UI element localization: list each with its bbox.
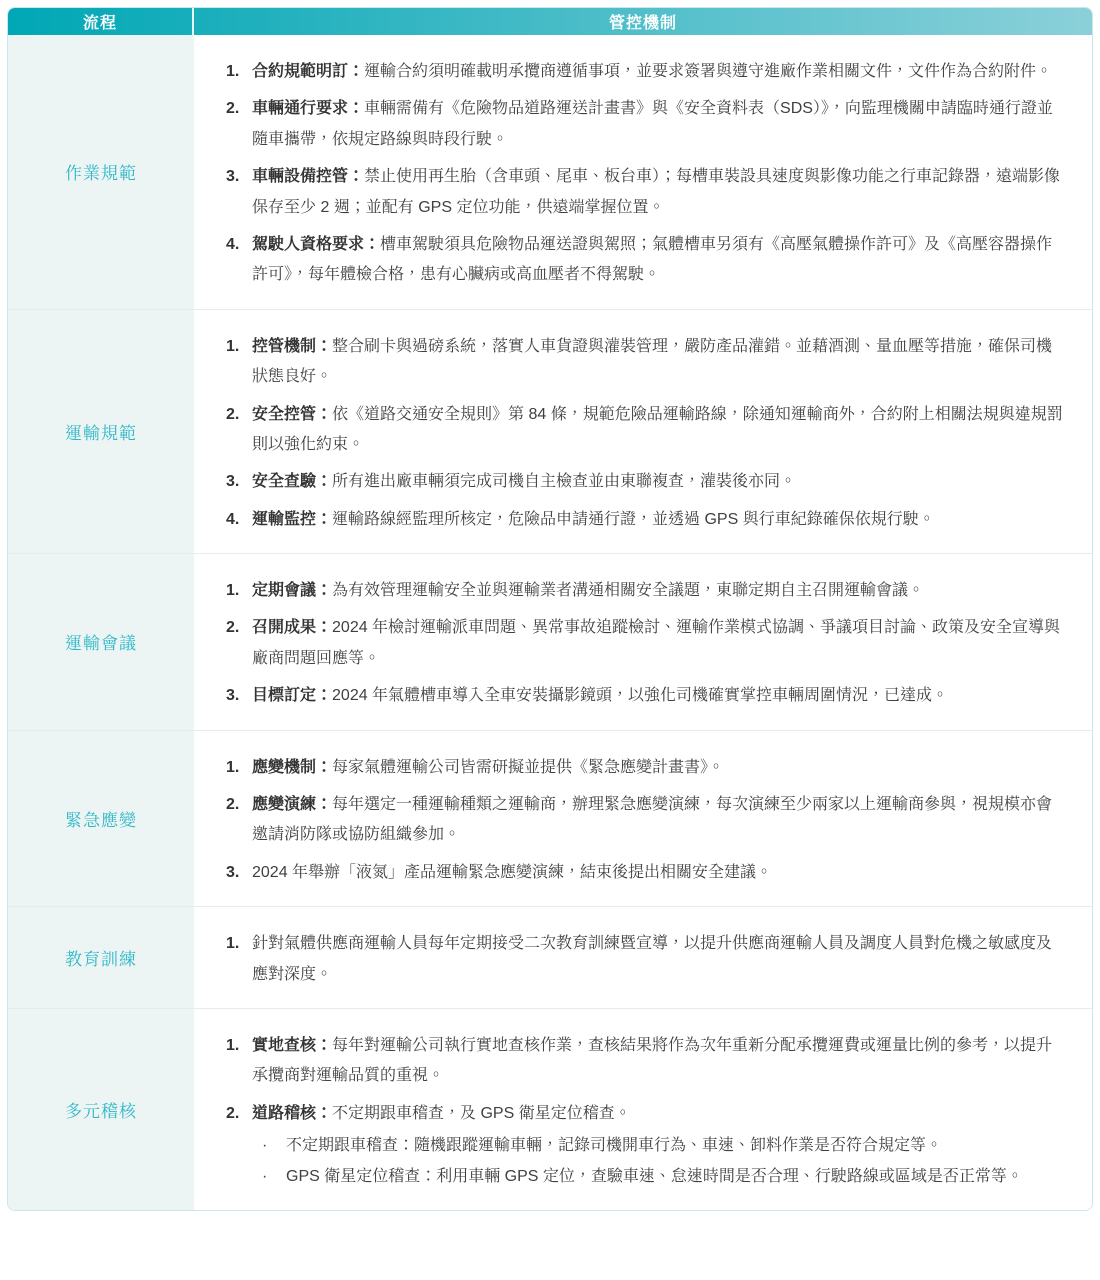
process-label: 運輸規範 bbox=[65, 419, 137, 444]
sub-item-text: 不定期跟車稽查：隨機跟蹤運輸車輛，記錄司機開車行為、車速、卸料作業是否符合規定等… bbox=[286, 1131, 1064, 1161]
item-content: 針對氣體供應商運輸人員每年定期接受二次教育訓練暨宣導，以提升供應商運輸人員及調度… bbox=[252, 929, 1064, 990]
process-cell: 多元稽核 bbox=[8, 1009, 194, 1210]
process-label: 運輸會議 bbox=[65, 629, 137, 654]
item-content: 目標訂定：2024 年氣體槽車導入全車安裝攝影鏡頭，以強化司機確實掌控車輛周圍情… bbox=[252, 681, 1064, 711]
sub-item: ·GPS 衛星定位稽查：利用車輛 GPS 定位，查驗車速、怠速時間是否合理、行駛… bbox=[262, 1162, 1064, 1192]
item-number: 1. bbox=[226, 753, 252, 783]
process-label: 緊急應變 bbox=[65, 806, 137, 831]
header-cell-process: 流程 bbox=[8, 8, 194, 35]
item-title: 安全控管： bbox=[252, 406, 332, 423]
item-content: 道路稽核：不定期跟車稽查，及 GPS 衛星定位稽查。·不定期跟車稽查：隨機跟蹤運… bbox=[252, 1099, 1064, 1192]
sub-item-text: GPS 衛星定位稽查：利用車輛 GPS 定位，查驗車速、怠速時間是否合理、行駛路… bbox=[286, 1162, 1064, 1192]
list-item: 1.應變機制：每家氣體運輸公司皆需研擬並提供《緊急應變計畫書》。 bbox=[226, 753, 1064, 783]
list-item: 4.運輸監控：運輸路線經監理所核定，危險品申請通行證，並透過 GPS 與行車紀錄… bbox=[226, 505, 1064, 535]
sub-list: ·不定期跟車稽查：隨機跟蹤運輸車輛，記錄司機開車行為、車速、卸料作業是否符合規定… bbox=[252, 1131, 1064, 1192]
item-number: 2. bbox=[226, 1099, 252, 1192]
bullet-icon: · bbox=[262, 1131, 286, 1161]
item-title: 運輸監控： bbox=[252, 511, 332, 528]
item-text: 整合刷卡與過磅系統，落實人車貨證與灌裝管理，嚴防產品灌錯。並藉酒測、量血壓等措施… bbox=[252, 338, 1052, 385]
item-title: 控管機制： bbox=[252, 338, 332, 355]
item-title: 道路稽核： bbox=[252, 1105, 332, 1122]
item-number: 4. bbox=[226, 230, 252, 291]
item-content: 應變機制：每家氣體運輸公司皆需研擬並提供《緊急應變計畫書》。 bbox=[252, 753, 1064, 783]
item-text: 為有效管理運輸安全並與運輸業者溝通相關安全議題，東聯定期自主召開運輸會議。 bbox=[332, 582, 924, 599]
item-text: 2024 年氣體槽車導入全車安裝攝影鏡頭，以強化司機確實掌控車輛周圍情況，已達成… bbox=[332, 687, 948, 704]
list-item: 3.目標訂定：2024 年氣體槽車導入全車安裝攝影鏡頭，以強化司機確實掌控車輛周… bbox=[226, 681, 1064, 711]
item-title: 定期會議： bbox=[252, 582, 332, 599]
list-item: 2.應變演練：每年選定一種運輸種類之運輸商，辦理緊急應變演練，每次演練至少兩家以… bbox=[226, 790, 1064, 851]
item-number: 2. bbox=[226, 400, 252, 461]
item-content: 車輛通行要求：車輛需備有《危險物品道路運送計畫書》與《安全資料表（SDS）》，向… bbox=[252, 94, 1064, 155]
item-text: 2024 年舉辦「液氮」產品運輸緊急應變演練，結束後提出相關安全建議。 bbox=[252, 864, 772, 881]
item-content: 實地查核：每年對運輸公司執行實地查核作業，查核結果將作為次年重新分配承攬運費或運… bbox=[252, 1031, 1064, 1092]
mechanism-cell: 1.針對氣體供應商運輸人員每年定期接受二次教育訓練暨宣導，以提升供應商運輸人員及… bbox=[194, 907, 1092, 1008]
item-content: 合約規範明訂：運輸合約須明確載明承攬商遵循事項，並要求簽署與遵守進廠作業相關文件… bbox=[252, 57, 1064, 87]
item-text: 車輛需備有《危險物品道路運送計畫書》與《安全資料表（SDS）》，向監理機關申請臨… bbox=[252, 100, 1053, 147]
item-content: 控管機制：整合刷卡與過磅系統，落實人車貨證與灌裝管理，嚴防產品灌錯。並藉酒測、量… bbox=[252, 332, 1064, 393]
item-title: 應變機制： bbox=[252, 759, 332, 776]
item-number: 2. bbox=[226, 613, 252, 674]
list-item: 2.車輛通行要求：車輛需備有《危險物品道路運送計畫書》與《安全資料表（SDS）》… bbox=[226, 94, 1064, 155]
sub-item: ·不定期跟車稽查：隨機跟蹤運輸車輛，記錄司機開車行為、車速、卸料作業是否符合規定… bbox=[262, 1131, 1064, 1161]
item-text: 每年對運輸公司執行實地查核作業，查核結果將作為次年重新分配承攬運費或運量比例的參… bbox=[252, 1037, 1052, 1084]
item-title: 應變演練： bbox=[252, 796, 332, 813]
item-text: 禁止使用再生胎（含車頭、尾車、板台車）；每槽車裝設具速度與影像功能之行車記錄器，… bbox=[252, 168, 1060, 215]
item-text: 針對氣體供應商運輸人員每年定期接受二次教育訓練暨宣導，以提升供應商運輸人員及調度… bbox=[252, 935, 1052, 982]
item-content: 應變演練：每年選定一種運輸種類之運輸商，辦理緊急應變演練，每次演練至少兩家以上運… bbox=[252, 790, 1064, 851]
item-title: 召開成果： bbox=[252, 619, 332, 636]
list-item: 3.車輛設備控管：禁止使用再生胎（含車頭、尾車、板台車）；每槽車裝設具速度與影像… bbox=[226, 162, 1064, 223]
item-text: 運輸路線經監理所核定，危險品申請通行證，並透過 GPS 與行車紀錄確保依規行駛。 bbox=[332, 511, 935, 528]
item-text: 不定期跟車稽查，及 GPS 衛星定位稽查。 bbox=[332, 1105, 631, 1122]
item-title: 合約規範明訂： bbox=[252, 63, 364, 80]
item-content: 車輛設備控管：禁止使用再生胎（含車頭、尾車、板台車）；每槽車裝設具速度與影像功能… bbox=[252, 162, 1064, 223]
table-row: 緊急應變1.應變機制：每家氣體運輸公司皆需研擬並提供《緊急應變計畫書》。2.應變… bbox=[8, 730, 1092, 907]
item-number: 1. bbox=[226, 929, 252, 990]
item-content: 運輸監控：運輸路線經監理所核定，危險品申請通行證，並透過 GPS 與行車紀錄確保… bbox=[252, 505, 1064, 535]
list-item: 2.道路稽核：不定期跟車稽查，及 GPS 衛星定位稽查。·不定期跟車稽查：隨機跟… bbox=[226, 1099, 1064, 1192]
process-cell: 教育訓練 bbox=[8, 907, 194, 1008]
item-text: 所有進出廠車輛須完成司機自主檢查並由東聯複查，灌裝後亦同。 bbox=[332, 473, 796, 490]
list-item: 1.控管機制：整合刷卡與過磅系統，落實人車貨證與灌裝管理，嚴防產品灌錯。並藉酒測… bbox=[226, 332, 1064, 393]
item-text: 運輸合約須明確載明承攬商遵循事項，並要求簽署與遵守進廠作業相關文件，文件作為合約… bbox=[364, 63, 1052, 80]
process-cell: 作業規範 bbox=[8, 35, 194, 309]
item-text: 每年選定一種運輸種類之運輸商，辦理緊急應變演練，每次演練至少兩家以上運輸商參與，… bbox=[252, 796, 1052, 843]
item-content: 召開成果：2024 年檢討運輸派車問題、異常事故追蹤檢討、運輸作業模式協調、爭議… bbox=[252, 613, 1064, 674]
mechanism-cell: 1.實地查核：每年對運輸公司執行實地查核作業，查核結果將作為次年重新分配承攬運費… bbox=[194, 1009, 1092, 1210]
item-number: 3. bbox=[226, 681, 252, 711]
list-item: 4.駕駛人資格要求：槽車駕駛須具危險物品運送證與駕照；氣體槽車另須有《高壓氣體操… bbox=[226, 230, 1064, 291]
list-item: 1.定期會議：為有效管理運輸安全並與運輸業者溝通相關安全議題，東聯定期自主召開運… bbox=[226, 576, 1064, 606]
item-content: 安全控管：依《道路交通安全規則》第 84 條，規範危險品運輸路線，除通知運輸商外… bbox=[252, 400, 1064, 461]
list-item: 2.安全控管：依《道路交通安全規則》第 84 條，規範危險品運輸路線，除通知運輸… bbox=[226, 400, 1064, 461]
item-title: 車輛通行要求： bbox=[252, 100, 364, 117]
item-title: 車輛設備控管： bbox=[252, 168, 364, 185]
item-content: 安全查驗：所有進出廠車輛須完成司機自主檢查並由東聯複查，灌裝後亦同。 bbox=[252, 467, 1064, 497]
mechanism-cell: 1.應變機制：每家氣體運輸公司皆需研擬並提供《緊急應變計畫書》。2.應變演練：每… bbox=[194, 731, 1092, 907]
list-item: 3.2024 年舉辦「液氮」產品運輸緊急應變演練，結束後提出相關安全建議。 bbox=[226, 858, 1064, 888]
item-title: 實地查核： bbox=[252, 1037, 332, 1054]
item-content: 駕駛人資格要求：槽車駕駛須具危險物品運送證與駕照；氣體槽車另須有《高壓氣體操作許… bbox=[252, 230, 1064, 291]
table-row: 運輸會議1.定期會議：為有效管理運輸安全並與運輸業者溝通相關安全議題，東聯定期自… bbox=[8, 553, 1092, 730]
process-cell: 運輸會議 bbox=[8, 554, 194, 730]
mechanism-cell: 1.合約規範明訂：運輸合約須明確載明承攬商遵循事項，並要求簽署與遵守進廠作業相關… bbox=[194, 35, 1092, 309]
item-content: 2024 年舉辦「液氮」產品運輸緊急應變演練，結束後提出相關安全建議。 bbox=[252, 858, 1064, 888]
process-cell: 緊急應變 bbox=[8, 731, 194, 907]
process-label: 作業規範 bbox=[65, 159, 137, 184]
item-number: 1. bbox=[226, 57, 252, 87]
item-title: 安全查驗： bbox=[252, 473, 332, 490]
table-header-row: 流程 管控機制 bbox=[8, 8, 1092, 35]
transport-control-table: 流程 管控機制 作業規範1.合約規範明訂：運輸合約須明確載明承攬商遵循事項，並要… bbox=[7, 7, 1093, 1211]
item-number: 3. bbox=[226, 467, 252, 497]
item-text: 每家氣體運輸公司皆需研擬並提供《緊急應變計畫書》。 bbox=[332, 759, 724, 776]
table-row: 多元稽核1.實地查核：每年對運輸公司執行實地查核作業，查核結果將作為次年重新分配… bbox=[8, 1008, 1092, 1210]
item-number: 4. bbox=[226, 505, 252, 535]
mechanism-cell: 1.定期會議：為有效管理運輸安全並與運輸業者溝通相關安全議題，東聯定期自主召開運… bbox=[194, 554, 1092, 730]
bullet-icon: · bbox=[262, 1162, 286, 1192]
table-row: 運輸規範1.控管機制：整合刷卡與過磅系統，落實人車貨證與灌裝管理，嚴防產品灌錯。… bbox=[8, 309, 1092, 553]
list-item: 2.召開成果：2024 年檢討運輸派車問題、異常事故追蹤檢討、運輸作業模式協調、… bbox=[226, 613, 1064, 674]
table-row: 作業規範1.合約規範明訂：運輸合約須明確載明承攬商遵循事項，並要求簽署與遵守進廠… bbox=[8, 35, 1092, 309]
mechanism-cell: 1.控管機制：整合刷卡與過磅系統，落實人車貨證與灌裝管理，嚴防產品灌錯。並藉酒測… bbox=[194, 310, 1092, 553]
item-number: 2. bbox=[226, 94, 252, 155]
list-item: 3.安全查驗：所有進出廠車輛須完成司機自主檢查並由東聯複查，灌裝後亦同。 bbox=[226, 467, 1064, 497]
list-item: 1.針對氣體供應商運輸人員每年定期接受二次教育訓練暨宣導，以提升供應商運輸人員及… bbox=[226, 929, 1064, 990]
item-number: 1. bbox=[226, 332, 252, 393]
table-body: 作業規範1.合約規範明訂：運輸合約須明確載明承攬商遵循事項，並要求簽署與遵守進廠… bbox=[8, 35, 1092, 1210]
item-text: 依《道路交通安全規則》第 84 條，規範危險品運輸路線，除通知運輸商外，合約附上… bbox=[252, 406, 1063, 453]
process-label: 教育訓練 bbox=[65, 945, 137, 970]
item-title: 駕駛人資格要求： bbox=[252, 236, 380, 253]
item-number: 3. bbox=[226, 162, 252, 223]
list-item: 1.實地查核：每年對運輸公司執行實地查核作業，查核結果將作為次年重新分配承攬運費… bbox=[226, 1031, 1064, 1092]
process-label: 多元稽核 bbox=[65, 1097, 137, 1122]
item-number: 1. bbox=[226, 576, 252, 606]
table-row: 教育訓練1.針對氣體供應商運輸人員每年定期接受二次教育訓練暨宣導，以提升供應商運… bbox=[8, 906, 1092, 1008]
item-text: 2024 年檢討運輸派車問題、異常事故追蹤檢討、運輸作業模式協調、爭議項目討論、… bbox=[252, 619, 1060, 666]
item-number: 1. bbox=[226, 1031, 252, 1092]
item-content: 定期會議：為有效管理運輸安全並與運輸業者溝通相關安全議題，東聯定期自主召開運輸會… bbox=[252, 576, 1064, 606]
header-cell-mechanism: 管控機制 bbox=[194, 8, 1092, 35]
item-title: 目標訂定： bbox=[252, 687, 332, 704]
item-number: 2. bbox=[226, 790, 252, 851]
list-item: 1.合約規範明訂：運輸合約須明確載明承攬商遵循事項，並要求簽署與遵守進廠作業相關… bbox=[226, 57, 1064, 87]
process-cell: 運輸規範 bbox=[8, 310, 194, 553]
item-number: 3. bbox=[226, 858, 252, 888]
